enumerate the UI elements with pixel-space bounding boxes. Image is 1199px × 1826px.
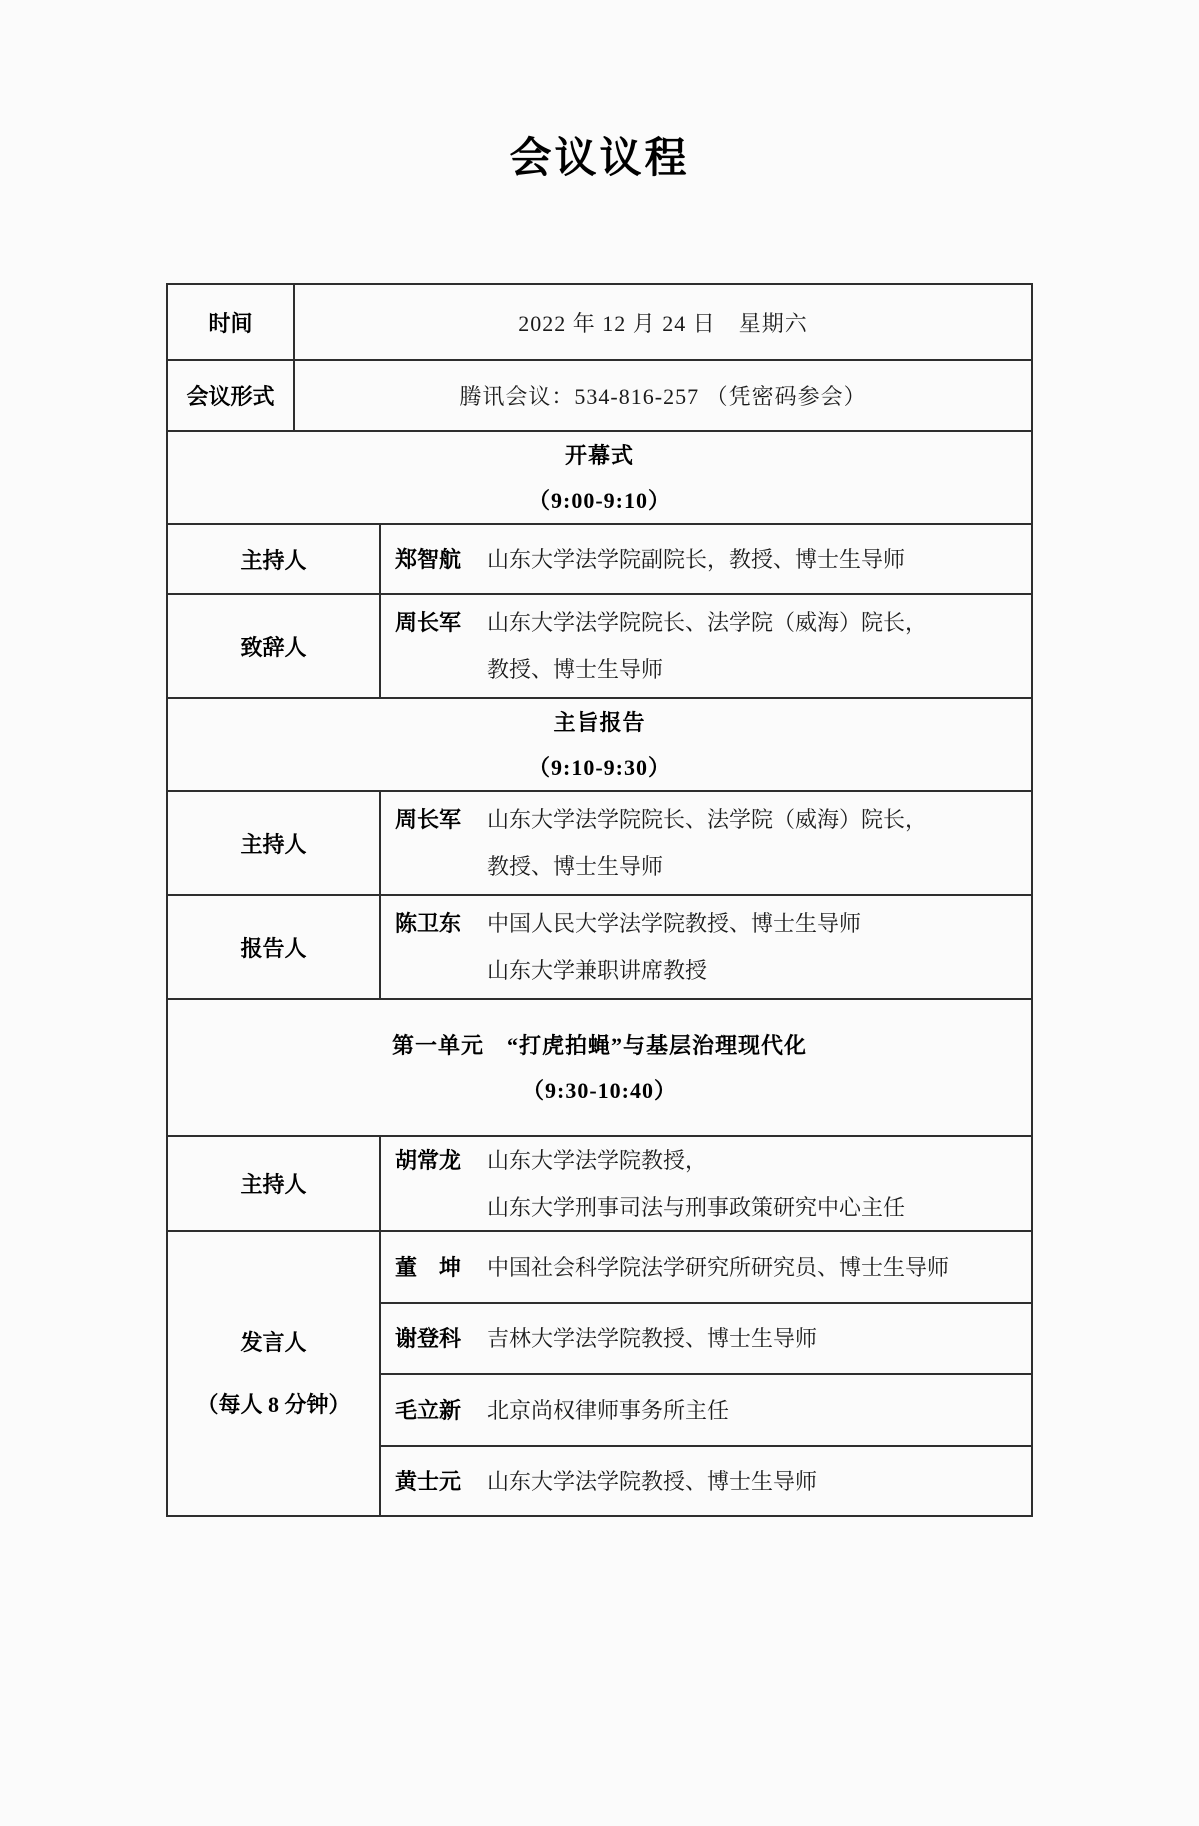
person-desc: 中国社会科学院法学研究所研究员、博士生导师 — [487, 1244, 949, 1291]
row-meeting-format: 会议形式 腾讯会议：534-816-257 （凭密码参会） — [168, 359, 1031, 430]
section-keynote-title: 主旨报告 — [553, 700, 645, 745]
person-name: 周长军 — [395, 796, 465, 843]
speakers-label-line2: （每人 8 分钟） — [196, 1374, 350, 1436]
speakers-label: 发言人 （每人 8 分钟） — [168, 1232, 381, 1515]
row-unit1-host: 主持人 胡常龙 山东大学法学院教授， 山东大学刑事司法与刑事政策研究中心主任 — [168, 1135, 1031, 1230]
keynote-reporter-label: 报告人 — [168, 896, 381, 998]
person-name: 周长军 — [395, 599, 465, 646]
row-speakers: 发言人 （每人 8 分钟） 董 坤 中国社会科学院法学研究所研究员、博士生导师 … — [168, 1230, 1031, 1515]
format-value: 腾讯会议：534-816-257 （凭密码参会） — [295, 361, 1031, 430]
row-opening-speaker: 致辞人 周长军 山东大学法学院院长、法学院（威海）院长， 教授、博士生导师 — [168, 593, 1031, 697]
keynote-host-label: 主持人 — [168, 792, 381, 894]
person-name: 郑智航 — [395, 536, 465, 583]
person-desc: 吉林大学法学院教授、博士生导师 — [487, 1315, 817, 1362]
section-unit1: 第一单元 “打虎拍蝇”与基层治理现代化 （9:30-10:40） — [168, 998, 1031, 1135]
person-name: 毛立新 — [395, 1387, 465, 1434]
time-value: 2022 年 12 月 24 日 星期六 — [295, 285, 1031, 359]
section-keynote: 主旨报告 （9:10-9:30） — [168, 697, 1031, 790]
speaker-row: 谢登科 吉林大学法学院教授、博士生导师 — [381, 1302, 1031, 1373]
person-desc-line2: 山东大学刑事司法与刑事政策研究中心主任 — [487, 1184, 905, 1231]
opening-host-label: 主持人 — [168, 525, 381, 593]
section-unit1-title: 第一单元 “打虎拍蝇”与基层治理现代化 — [392, 1023, 807, 1068]
speakers-label-line1: 发言人 — [240, 1312, 306, 1374]
time-label: 时间 — [168, 285, 295, 359]
person-desc-line1: 山东大学法学院院长、法学院（威海）院长， — [487, 796, 927, 843]
section-opening: 开幕式 （9:00-9:10） — [168, 430, 1031, 523]
opening-speaker-label: 致辞人 — [168, 595, 381, 697]
person-desc-line1: 山东大学法学院教授， — [487, 1137, 905, 1184]
person-desc-line2: 教授、博士生导师 — [487, 843, 927, 890]
person-desc: 北京尚权律师事务所主任 — [487, 1387, 729, 1434]
format-label: 会议形式 — [168, 361, 295, 430]
speaker-row: 毛立新 北京尚权律师事务所主任 — [381, 1373, 1031, 1445]
section-opening-title: 开幕式 — [565, 433, 634, 478]
person-name: 谢登科 — [395, 1315, 465, 1362]
person-name: 胡常龙 — [395, 1137, 465, 1184]
person-name: 陈卫东 — [395, 900, 465, 947]
person-desc-line1: 山东大学法学院院长、法学院（威海）院长， — [487, 599, 927, 646]
section-keynote-time: （9:10-9:30） — [528, 745, 671, 790]
person-desc-line2: 山东大学兼职讲席教授 — [487, 947, 861, 994]
row-keynote-reporter: 报告人 陈卫东 中国人民大学法学院教授、博士生导师 山东大学兼职讲席教授 — [168, 894, 1031, 998]
person-desc-line2: 教授、博士生导师 — [487, 646, 927, 693]
person-name: 黄士元 — [395, 1458, 465, 1505]
person-desc: 山东大学法学院教授、博士生导师 — [487, 1458, 817, 1505]
unit1-host-label: 主持人 — [168, 1137, 381, 1230]
row-time: 时间 2022 年 12 月 24 日 星期六 — [168, 285, 1031, 359]
speaker-row: 董 坤 中国社会科学院法学研究所研究员、博士生导师 — [381, 1232, 1031, 1302]
speaker-row: 黄士元 山东大学法学院教授、博士生导师 — [381, 1445, 1031, 1515]
row-opening-host: 主持人 郑智航 山东大学法学院副院长，教授、博士生导师 — [168, 523, 1031, 593]
person-name: 董 坤 — [395, 1244, 465, 1291]
person-desc: 山东大学法学院副院长，教授、博士生导师 — [487, 536, 905, 583]
page-title: 会议议程 — [0, 130, 1199, 189]
section-unit1-time: （9:30-10:40） — [522, 1068, 677, 1113]
agenda-table: 时间 2022 年 12 月 24 日 星期六 会议形式 腾讯会议：534-81… — [166, 283, 1033, 1517]
row-keynote-host: 主持人 周长军 山东大学法学院院长、法学院（威海）院长， 教授、博士生导师 — [168, 790, 1031, 894]
person-desc-line1: 中国人民大学法学院教授、博士生导师 — [487, 900, 861, 947]
section-opening-time: （9:00-9:10） — [528, 478, 671, 523]
